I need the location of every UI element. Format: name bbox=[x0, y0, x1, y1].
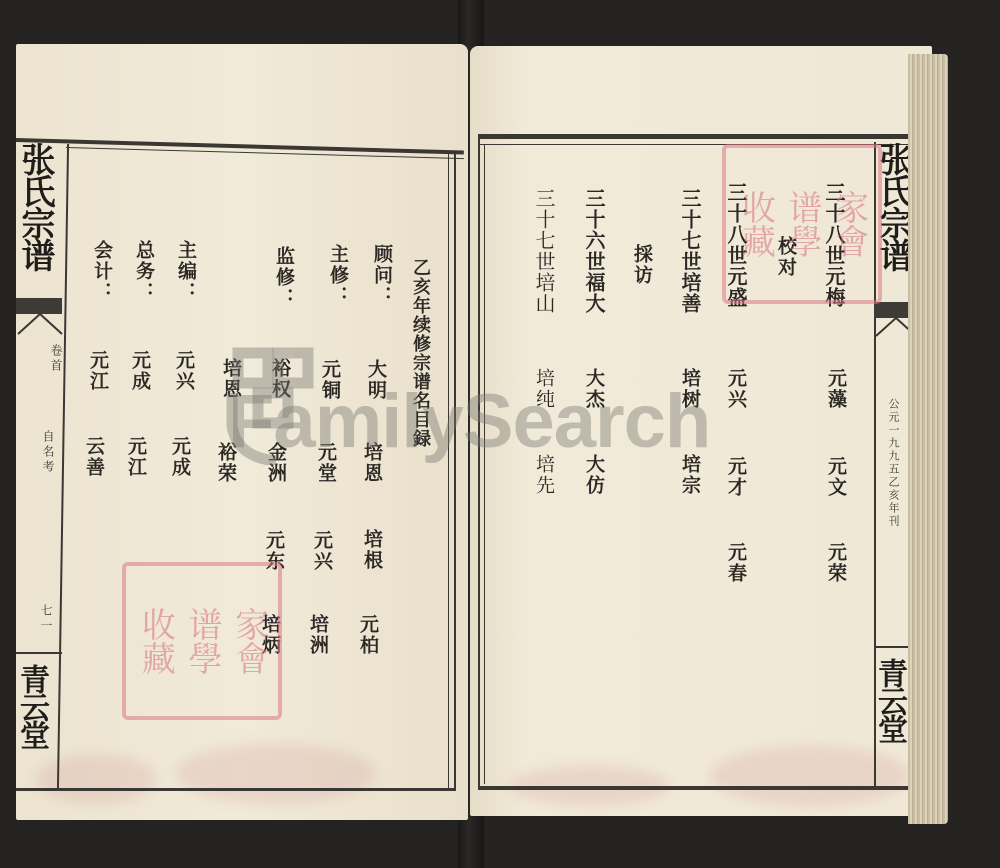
stain bbox=[36, 754, 156, 804]
name: 元兴 bbox=[312, 530, 331, 572]
collection-seal: 收藏 谱學 家會 bbox=[722, 144, 882, 304]
name: 元成 bbox=[170, 436, 189, 478]
seal-char: 家會 bbox=[832, 190, 866, 258]
generation-entry: 三十七世培善 bbox=[680, 188, 700, 314]
generation-entry: 三十七世培山 bbox=[534, 188, 554, 314]
seal-char: 谱學 bbox=[185, 607, 219, 675]
name: 元文 bbox=[826, 456, 845, 498]
name: 培根 bbox=[362, 529, 381, 571]
right-frame-rule-inner bbox=[448, 154, 449, 789]
book-title-margin: 张氏宗谱 bbox=[18, 142, 52, 270]
role-advisor: 顾问： bbox=[372, 244, 391, 307]
stain bbox=[176, 744, 376, 804]
page-number: 七一 bbox=[40, 604, 52, 634]
name: 元江 bbox=[126, 436, 145, 478]
seal-char: 收藏 bbox=[138, 607, 172, 675]
publication-note: 公元一九九五乙亥年刊 bbox=[888, 398, 899, 528]
name: 云善 bbox=[84, 436, 103, 478]
stain bbox=[710, 746, 910, 806]
name: 元才 bbox=[726, 456, 745, 498]
margin-column-rule bbox=[57, 144, 69, 789]
familysearch-watermark: FamilySearch bbox=[228, 378, 710, 465]
seal-char: 收藏 bbox=[738, 190, 772, 258]
collection-seal: 收藏 谱學 家會 bbox=[122, 562, 282, 720]
section-label: 自名考 bbox=[42, 430, 54, 475]
name: 元成 bbox=[130, 350, 149, 392]
hall-name-margin: 青云堂 bbox=[874, 658, 904, 742]
name: 元柏 bbox=[358, 614, 377, 656]
volume-label: 卷首 bbox=[50, 344, 62, 374]
bottom-border bbox=[16, 788, 456, 791]
name: 元兴 bbox=[174, 350, 193, 392]
name: 元藻 bbox=[826, 368, 845, 410]
page-block-edges bbox=[908, 54, 948, 824]
name: 培洲 bbox=[308, 614, 327, 656]
role-interviewing: 採访 bbox=[632, 244, 651, 286]
seal-char: 谱學 bbox=[785, 190, 819, 258]
right-frame-rule bbox=[454, 154, 456, 789]
bottom-border bbox=[478, 786, 918, 790]
margin-divider bbox=[16, 652, 62, 654]
role-general-affairs: 总务： bbox=[134, 240, 153, 303]
role-chief-editor: 主修： bbox=[328, 244, 347, 307]
role-editor: 主编： bbox=[176, 240, 195, 303]
role-accountant: 会计： bbox=[92, 240, 111, 303]
top-border bbox=[478, 134, 918, 139]
seal-char: 家會 bbox=[232, 607, 266, 675]
fish-tail-icon bbox=[16, 306, 64, 336]
name: 元兴 bbox=[726, 368, 745, 410]
role-supervisor: 监修： bbox=[274, 246, 293, 309]
name: 元江 bbox=[88, 350, 107, 392]
name: 元春 bbox=[726, 542, 745, 584]
generation-entry: 三十六世福大 bbox=[584, 188, 604, 314]
name: 元荣 bbox=[826, 542, 845, 584]
hall-name-margin: 青云堂 bbox=[16, 664, 46, 748]
